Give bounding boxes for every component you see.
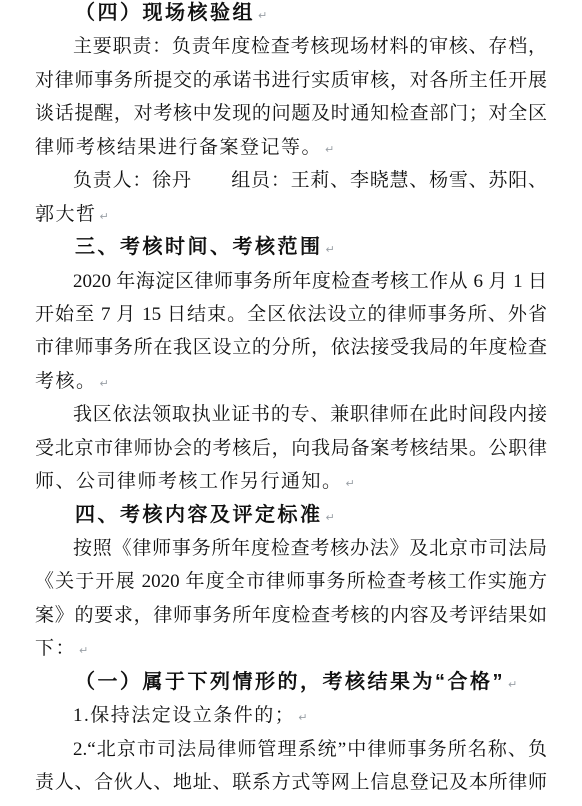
line-text: 负责人：徐丹 组员：王莉、李晓慧、杨雪、苏阳、 bbox=[73, 170, 547, 191]
line-text: （一）属于下列情形的，考核结果为“合格” bbox=[75, 671, 505, 693]
line-text: 2020 年海淀区律师事务所年度检查考核工作从 6 月 1 日 bbox=[73, 271, 547, 292]
document-line: 我区依法领取执业证书的专、兼职律师在此时间段内接 bbox=[35, 398, 547, 431]
document-line: 按照《律师事务所年度检查考核办法》及北京市司法局 bbox=[35, 532, 547, 565]
document-line: 三、考核时间、考核范围↵ bbox=[35, 231, 547, 264]
line-text: 考核。 bbox=[35, 371, 97, 392]
document-line: 1.保持法定设立条件的；↵ bbox=[35, 699, 547, 732]
line-text: 我区依法领取执业证书的专、兼职律师在此时间段内接 bbox=[73, 404, 547, 425]
document-line: 2020 年海淀区律师事务所年度检查考核工作从 6 月 1 日 bbox=[35, 265, 547, 298]
line-text: 《关于开展 2020 年度全市律师事务所检查考核工作实施方 bbox=[35, 571, 547, 592]
paragraph-mark-icon: ↵ bbox=[298, 711, 307, 724]
paragraph-mark-icon: ↵ bbox=[346, 477, 355, 490]
line-text: 责人、合伙人、地址、联系方式等网上信息登记及本所律师 bbox=[35, 772, 547, 793]
paragraph-mark-icon: ↵ bbox=[325, 143, 334, 156]
line-text: 师、公司律师考核工作另行通知。 bbox=[35, 471, 343, 492]
document-line: 受北京市律师协会的考核后，向我局备案考核结果。公职律 bbox=[35, 432, 547, 465]
heading-paragraph: 三、考核时间、考核范围↵ bbox=[35, 231, 547, 264]
document-line: 开始至 7 月 15 日结束。全区依法设立的律师事务所、外省 bbox=[35, 298, 547, 331]
document-line: 市律师事务所在我区设立的分所，依法接受我局的年度检查 bbox=[35, 331, 547, 364]
line-text: 谈话提醒，对考核中发现的问题及时通知检查部门；对全区 bbox=[35, 103, 547, 124]
document-line: 师、公司律师考核工作另行通知。↵ bbox=[35, 465, 547, 498]
paragraph-mark-icon: ↵ bbox=[79, 644, 88, 657]
line-text: 主要职责：负责年度检查考核现场材料的审核、存档， bbox=[73, 36, 547, 57]
paragraph-mark-icon: ↵ bbox=[326, 243, 335, 256]
paragraph-mark-icon: ↵ bbox=[258, 9, 267, 22]
document-line: 《关于开展 2020 年度全市律师事务所检查考核工作实施方 bbox=[35, 565, 547, 598]
heading-paragraph: （四）现场核验组↵ bbox=[35, 0, 547, 30]
heading-paragraph: （一）属于下列情形的，考核结果为“合格”↵ bbox=[35, 666, 547, 699]
line-text: 四、考核内容及评定标准 bbox=[75, 504, 323, 526]
body-paragraph: 主要职责：负责年度检查考核现场材料的审核、存档，对律师事务所提交的承诺书进行实质… bbox=[35, 30, 547, 164]
line-text: 律师考核结果进行备案登记等。 bbox=[35, 137, 322, 158]
document-line: 2.“北京市司法局律师管理系统”中律师事务所名称、负 bbox=[35, 733, 547, 766]
document-line: 考核。↵ bbox=[35, 365, 547, 398]
body-paragraph: 1.保持法定设立条件的；↵ bbox=[35, 699, 547, 732]
line-text: 2.“北京市司法局律师管理系统”中律师事务所名称、负 bbox=[73, 739, 547, 760]
line-text: 受北京市律师协会的考核后，向我局备案考核结果。公职律 bbox=[35, 438, 547, 459]
document-line: 案》的要求，律师事务所年度检查考核的内容及考评结果如 bbox=[35, 599, 547, 632]
document-line: 谈话提醒，对考核中发现的问题及时通知检查部门；对全区 bbox=[35, 97, 547, 130]
document-line: 郭大哲↵ bbox=[35, 198, 547, 231]
line-text: 开始至 7 月 15 日结束。全区依法设立的律师事务所、外省 bbox=[35, 304, 547, 325]
heading-paragraph: 四、考核内容及评定标准↵ bbox=[35, 499, 547, 532]
document-line: 四、考核内容及评定标准↵ bbox=[35, 499, 547, 532]
body-paragraph: 我区依法领取执业证书的专、兼职律师在此时间段内接受北京市律师协会的考核后，向我局… bbox=[35, 398, 547, 498]
body-paragraph: 2.“北京市司法局律师管理系统”中律师事务所名称、负责人、合伙人、地址、联系方式… bbox=[35, 733, 547, 800]
document-line: 责人、合伙人、地址、联系方式等网上信息登记及本所律师 bbox=[35, 766, 547, 799]
paragraph-mark-icon: ↵ bbox=[508, 678, 517, 691]
document-line: （四）现场核验组↵ bbox=[35, 0, 547, 30]
line-text: （四）现场核验组 bbox=[75, 2, 255, 24]
line-text: 1.保持法定设立条件的； bbox=[73, 705, 295, 726]
line-text: 案》的要求，律师事务所年度检查考核的内容及考评结果如 bbox=[35, 605, 547, 626]
line-text: 按照《律师事务所年度检查考核办法》及北京市司法局 bbox=[73, 538, 547, 559]
document-line: （一）属于下列情形的，考核结果为“合格”↵ bbox=[35, 666, 547, 699]
line-text: 下： bbox=[35, 638, 76, 659]
line-text: 三、考核时间、考核范围 bbox=[75, 236, 323, 258]
document-line: 对律师事务所提交的承诺书进行实质审核，对各所主任开展 bbox=[35, 64, 547, 97]
paragraph-mark-icon: ↵ bbox=[100, 210, 109, 223]
document-line: 主要职责：负责年度检查考核现场材料的审核、存档， bbox=[35, 30, 547, 63]
body-paragraph: 按照《律师事务所年度检查考核办法》及北京市司法局《关于开展 2020 年度全市律… bbox=[35, 532, 547, 666]
document-line: 负责人：徐丹 组员：王莉、李晓慧、杨雪、苏阳、 bbox=[35, 164, 547, 197]
line-text: 郭大哲 bbox=[35, 204, 97, 225]
paragraph-mark-icon: ↵ bbox=[326, 511, 335, 524]
line-text: 对律师事务所提交的承诺书进行实质审核，对各所主任开展 bbox=[35, 70, 547, 91]
paragraph-mark-icon: ↵ bbox=[100, 377, 109, 390]
body-paragraph: 负责人：徐丹 组员：王莉、李晓慧、杨雪、苏阳、郭大哲↵ bbox=[35, 164, 547, 231]
body-paragraph: 2020 年海淀区律师事务所年度检查考核工作从 6 月 1 日开始至 7 月 1… bbox=[35, 265, 547, 399]
document-line: 下：↵ bbox=[35, 632, 547, 665]
document-page: （四）现场核验组↵主要职责：负责年度检查考核现场材料的审核、存档，对律师事务所提… bbox=[0, 0, 582, 803]
line-text: 市律师事务所在我区设立的分所，依法接受我局的年度检查 bbox=[35, 337, 547, 358]
document-line: 律师考核结果进行备案登记等。↵ bbox=[35, 131, 547, 164]
